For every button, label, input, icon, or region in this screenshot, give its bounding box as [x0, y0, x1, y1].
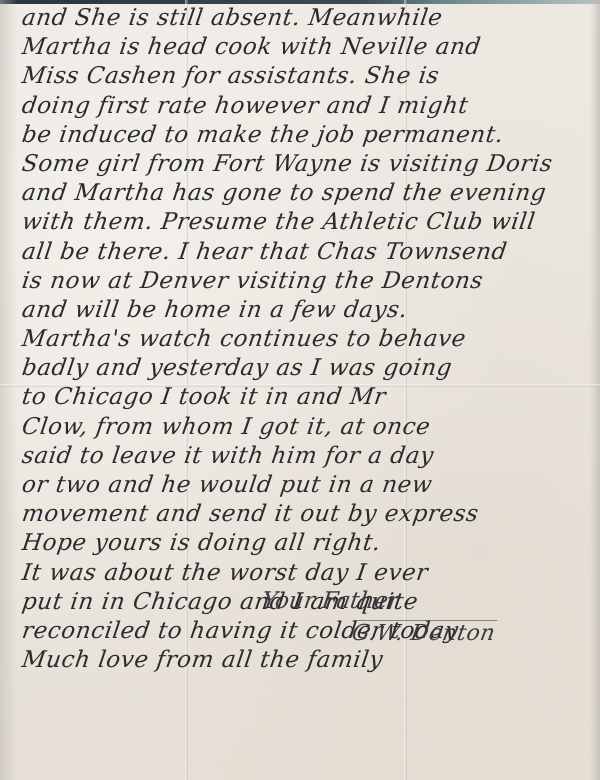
- letter-line: movement and send it out by express: [20, 500, 594, 529]
- letter-line: Martha's watch continues to behave: [20, 325, 594, 354]
- letter-line: said to leave it with him for a day: [20, 442, 594, 471]
- letter-line: to Chicago I took it in and Mr: [20, 383, 594, 412]
- letter-line: Martha is head cook with Neville and: [20, 33, 594, 62]
- letter-line: Hope yours is doing all right.: [20, 529, 594, 558]
- letter-line: or two and he would put in a new: [20, 471, 594, 500]
- letter-line: Clow, from whom I got it, at once: [20, 413, 594, 442]
- letter-line: Some girl from Fort Wayne is visiting Do…: [20, 150, 594, 179]
- letter-line: is now at Denver visiting the Dentons: [20, 267, 594, 296]
- letter-line: be induced to make the job permanent.: [20, 121, 594, 150]
- letter-line: It was about the worst day I ever: [20, 559, 594, 588]
- letter-line: Miss Cashen for assistants. She is: [20, 62, 594, 91]
- letter-body: and She is still absent. Meanwhile Marth…: [22, 4, 592, 675]
- letter-line: Much love from all the family: [20, 646, 594, 675]
- paper-left-shadow: [0, 0, 18, 780]
- letter-line: and Martha has gone to spend the evening: [20, 179, 594, 208]
- letter-line: with them. Presume the Athletic Club wil…: [20, 208, 594, 237]
- letter-page: and She is still absent. Meanwhile Marth…: [0, 0, 600, 780]
- letter-signature: G.W. Denton: [350, 620, 498, 646]
- letter-line: badly and yesterday as I was going: [20, 354, 594, 383]
- letter-line: doing first rate however and I might: [20, 92, 594, 121]
- letter-line: and She is still absent. Meanwhile: [20, 4, 594, 33]
- letter-closing: Your Father: [260, 588, 401, 614]
- letter-line: and will be home in a few days.: [20, 296, 594, 325]
- letter-line: reconciled to having it colder today: [20, 617, 594, 646]
- letter-line: all be there. I hear that Chas Townsend: [20, 238, 594, 267]
